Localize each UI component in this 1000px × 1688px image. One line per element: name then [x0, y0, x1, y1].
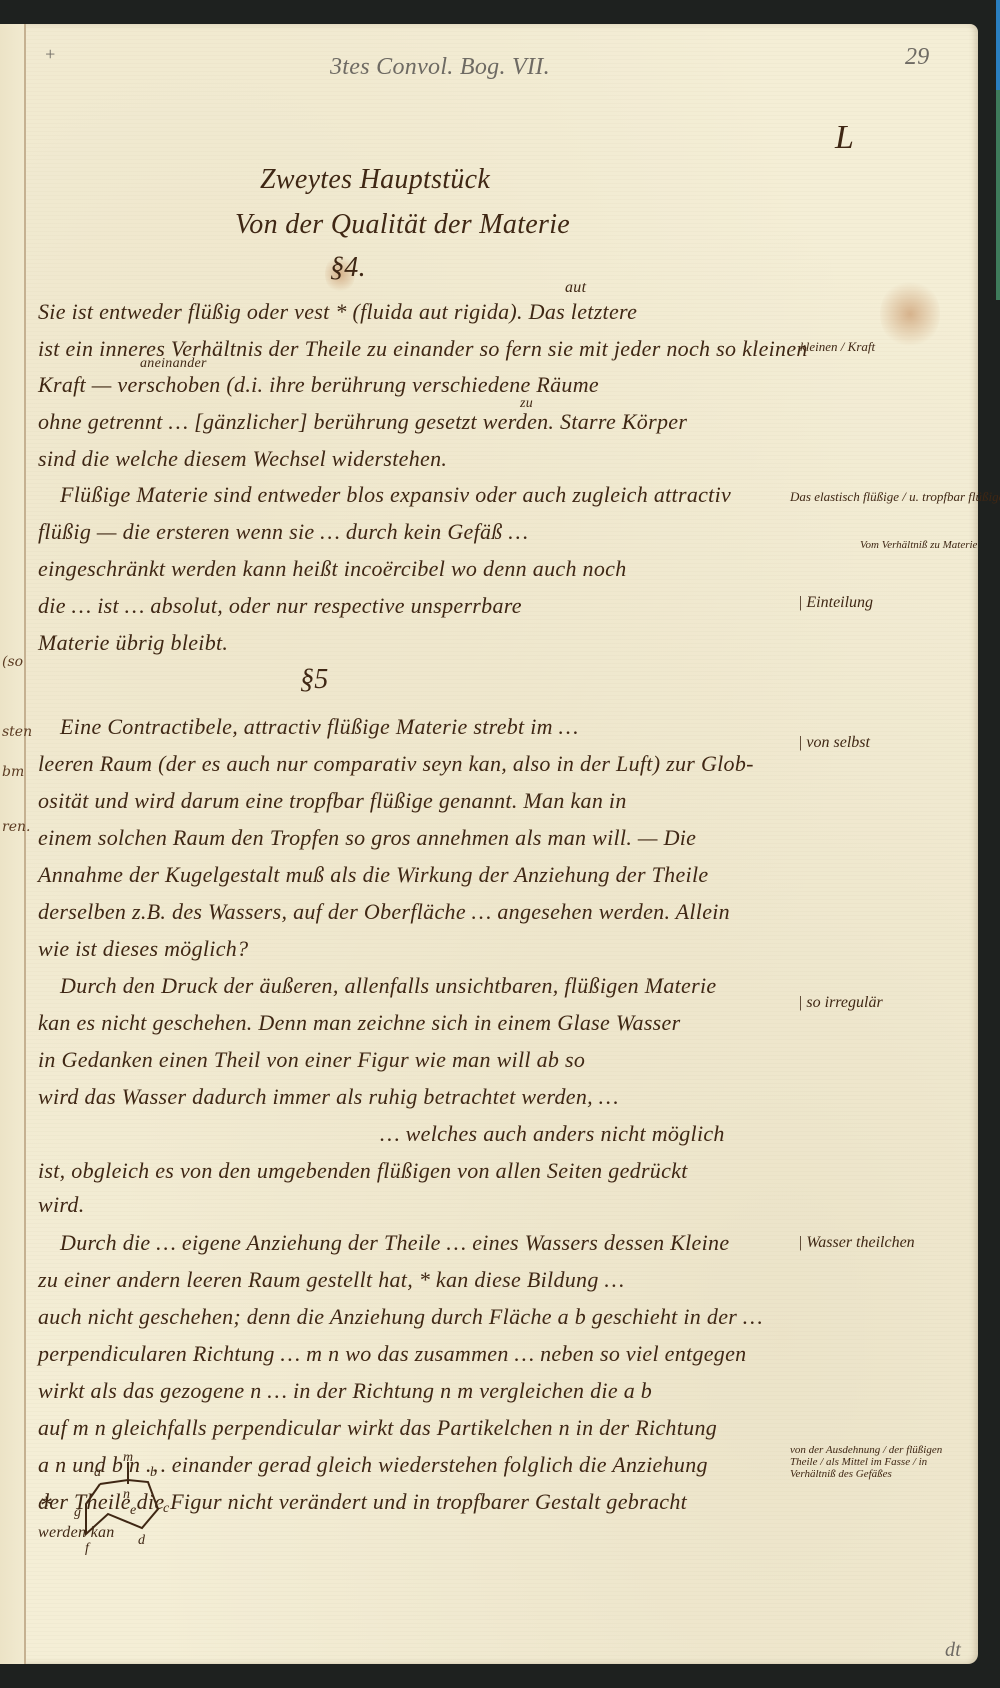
text-line: wird das Wasser dadurch immer als ruhig …: [38, 1084, 619, 1110]
margin-note: Das elastisch flüßige / u. tropfbar flüß…: [790, 489, 1000, 505]
section-symbol: §5: [300, 664, 329, 696]
diagram-label: a: [94, 1465, 101, 1480]
manuscript-page: (so sten bm ren. + 3tes Convol. Bog. VII…: [0, 24, 978, 1664]
interlinear-note: aneinander: [140, 356, 207, 372]
text-line: perpendicularen Richtung … m n wo das zu…: [38, 1341, 746, 1367]
text-line: Annahme der Kugelgestalt muß als die Wir…: [38, 862, 708, 888]
prev-page-fragment: bm: [2, 764, 24, 780]
text-line: wie ist dieses möglich?: [38, 936, 248, 962]
pencil-header: 3tes Convol. Bog. VII.: [330, 54, 550, 81]
text-line: zu einer andern leeren Raum gestellt hat…: [38, 1267, 624, 1293]
text-line: sind die welche diesem Wechsel widersteh…: [38, 446, 447, 472]
diagram-label: d: [138, 1533, 146, 1548]
text-line: ist, obgleich es von den umgebenden flüß…: [38, 1158, 688, 1184]
text-line: Sie ist entweder flüßig oder vest * (flu…: [38, 299, 637, 325]
text-line: … welches auch anders nicht möglich: [380, 1121, 725, 1147]
margin-note: | so irregulär: [798, 994, 883, 1012]
scanner-edge-strip: [996, 0, 1000, 1688]
text-line: leeren Raum (der es auch nur comparativ …: [38, 751, 754, 777]
page-number: 29: [905, 44, 930, 71]
text-line: auf m n gleichfalls perpendicular wirkt …: [38, 1415, 717, 1441]
text-line: kan es nicht geschehen. Denn man zeichne…: [38, 1010, 680, 1036]
section-symbol: §4.: [330, 252, 366, 284]
sheet-mark: L: [835, 119, 854, 157]
asterisk-marker: *: [40, 1491, 53, 1520]
margin-note: | von selbst: [798, 734, 870, 752]
previous-page-edge: (so sten bm ren.: [0, 24, 26, 1664]
chapter-subtitle: Von der Qualität der Materie: [235, 209, 570, 241]
paper-stain: [880, 279, 940, 349]
text-line: derselben z.B. des Wassers, auf der Ober…: [38, 899, 730, 925]
margin-note: kleinen / Kraft: [800, 339, 875, 355]
text-line: flüßig — die ersteren wenn sie … durch k…: [38, 519, 528, 545]
diagram-label: m: [123, 1454, 133, 1465]
text-line: Kraft — verschoben (d.i. ihre berührung …: [38, 372, 599, 398]
text-line: osität und wird darum eine tropfbar flüß…: [38, 788, 627, 814]
chapter-title: Zweytes Hauptstück: [260, 164, 490, 196]
margin-note: Vom Verhältniß zu Materie: [860, 539, 977, 551]
text-line: eingeschränkt werden kann heißt incoërci…: [38, 556, 627, 582]
text-line: Eine Contractibele, attractiv flüßige Ma…: [60, 714, 579, 740]
diagram-label: f: [85, 1541, 91, 1556]
margin-note: von der Ausdehnung / der flüßigen Theile…: [790, 1444, 970, 1480]
margin-note: | Einteilung: [798, 594, 873, 612]
text-line: wirkt als das gezogene n … in der Richtu…: [38, 1378, 652, 1404]
text-line: Flüßige Materie sind entweder blos expan…: [60, 482, 731, 508]
text-line: in Gedanken einen Theil von einer Figur …: [38, 1047, 585, 1073]
corner-mark: +: [44, 44, 56, 65]
text-line: Materie übrig bleibt.: [38, 630, 228, 656]
drop-diagram: m a b n e c g f d *: [30, 1454, 190, 1564]
prev-page-fragment: ren.: [2, 819, 30, 835]
footer-mark: dt: [945, 1639, 961, 1662]
margin-note: | Wasser theilchen: [798, 1234, 915, 1252]
text-line: einem solchen Raum den Tropfen so gros a…: [38, 825, 696, 851]
text-line: Durch die … eigene Anziehung der Theile …: [60, 1230, 729, 1256]
diagram-label: c: [163, 1501, 170, 1516]
prev-page-fragment: sten: [2, 724, 32, 740]
text-line: ohne getrennt … [gänzlicher] berührung g…: [38, 409, 687, 435]
diagram-label: e: [130, 1503, 136, 1518]
text-line: auch nicht geschehen; denn die Anziehung…: [38, 1304, 763, 1330]
text-line: die … ist … absolut, oder nur respective…: [38, 593, 522, 619]
text-line: wird.: [38, 1192, 85, 1218]
diagram-label: g: [74, 1505, 81, 1520]
interlinear-note: aut: [565, 279, 586, 297]
diagram-label: n: [123, 1487, 130, 1502]
text-line: Durch den Druck der äußeren, allenfalls …: [60, 973, 716, 999]
diagram-label: b: [150, 1465, 157, 1480]
prev-page-fragment: (so: [2, 654, 23, 670]
